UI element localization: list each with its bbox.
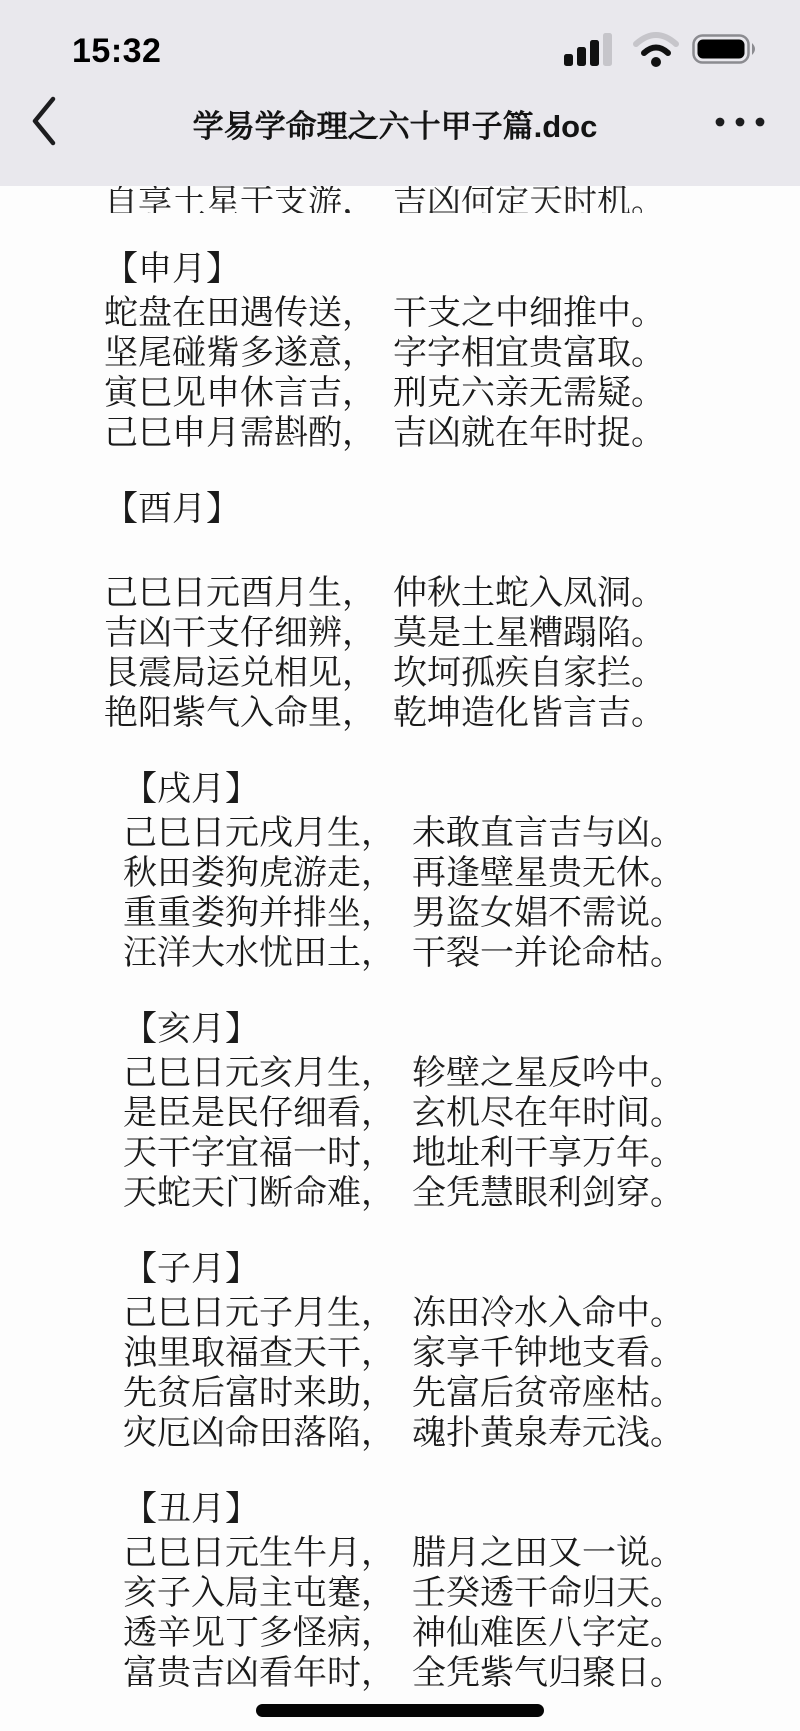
header: 15:32 — [0, 0, 800, 186]
verse-line: 艮震局运兑相见， 坎坷孤疾自家拦。 — [104, 653, 760, 693]
back-button[interactable] — [28, 94, 88, 153]
verse-line: 重重娄狗并排坐， 男盗女娼不需说。 — [123, 893, 760, 933]
verse-line: 富贵吉凶看年时， 全凭紫气归聚日。 — [123, 1653, 760, 1693]
verse-line: 蛇盘在田遇传送， 干支之中细推中。 — [104, 293, 760, 333]
section-heading: 【丑月】 — [123, 1489, 760, 1529]
verse-line: 灾厄凶命田落陷， 魂扑黄泉寿元浅。 — [123, 1413, 760, 1453]
home-indicator[interactable] — [256, 1704, 544, 1717]
verse-line: 己巳申月需斟酌， 吉凶就在年时捉。 — [104, 413, 760, 453]
verse-line: 亥子入局主屯蹇， 壬癸透干命归天。 — [123, 1573, 760, 1613]
document-page: 自享土星干支游， 吉凶何定天时机。 【申月】蛇盘在田遇传送， 干支之中细推中。坚… — [0, 186, 800, 1693]
verse-line: 浊里取福查天干， 家享千钟地支看。 — [123, 1333, 760, 1373]
verse-line: 己巳日元酉月生， 仲秋土蛇入凤洞。 — [104, 573, 760, 613]
status-time: 15:32 — [72, 32, 161, 71]
section-heading: 【子月】 — [123, 1249, 760, 1289]
section-heading: 【申月】 — [104, 249, 760, 289]
verse-line: 先贫后富时来助， 先富后贫帝座枯。 — [123, 1373, 760, 1413]
verse-line: 透辛见丁多怪病， 神仙难医八字定。 — [123, 1613, 760, 1653]
document-sections: 【申月】蛇盘在田遇传送， 干支之中细推中。坚尾碰觜多遂意， 字字相宜贵富取。寅巳… — [104, 249, 760, 1693]
verse-line: 秋田娄狗虎游走， 再逢壁星贵无休。 — [123, 853, 760, 893]
verse-line: 己巳日元亥月生， 轸壁之星反吟中。 — [123, 1053, 760, 1093]
section-heading: 【亥月】 — [123, 1009, 760, 1049]
chevron-left-icon — [28, 94, 58, 153]
more-menu-button[interactable] — [702, 115, 766, 133]
verse-section: 【申月】蛇盘在田遇传送， 干支之中细推中。坚尾碰觜多遂意， 字字相宜贵富取。寅巳… — [104, 249, 760, 453]
clipped-top-line: 自享土星干支游， 吉凶何定天时机。 — [104, 186, 760, 213]
section-heading: 【戌月】 — [123, 769, 760, 809]
verse-line: 艳阳紫气入命里， 乾坤造化皆言吉。 — [104, 693, 760, 733]
wifi-icon — [632, 31, 680, 72]
verse-line: 汪洋大水忧田土， 干裂一并论命枯。 — [123, 933, 760, 973]
verse-line: 是臣是民仔细看， 玄机尽在年时间。 — [123, 1093, 760, 1133]
verse-section: 【丑月】己巳日元生牛月， 腊月之田又一说。亥子入局主屯蹇， 壬癸透干命归天。透辛… — [104, 1489, 760, 1693]
verse-line: 己巳日元生牛月， 腊月之田又一说。 — [123, 1533, 760, 1573]
verse-line: 坚尾碰觜多遂意， 字字相宜贵富取。 — [104, 333, 760, 373]
section-heading: 【酉月】 — [104, 489, 760, 529]
ellipsis-icon — [714, 115, 766, 133]
document-viewport[interactable]: 自享土星干支游， 吉凶何定天时机。 【申月】蛇盘在田遇传送， 干支之中细推中。坚… — [0, 186, 800, 1731]
verse-section: 【亥月】己巳日元亥月生， 轸壁之星反吟中。是臣是民仔细看， 玄机尽在年时间。天干… — [104, 1009, 760, 1213]
verse-line: 寅巳见申休言吉， 刑克六亲无需疑。 — [104, 373, 760, 413]
verse-line: 己巳日元子月生， 冻田冷水入命中。 — [123, 1293, 760, 1333]
verse-section: 【酉月】己巳日元酉月生， 仲秋土蛇入凤洞。吉凶干支仔细辨， 莫是土星糟蹋陷。艮震… — [104, 489, 760, 733]
status-bar: 15:32 — [0, 0, 800, 76]
document-title: 学易学命理之六十甲子篇.doc — [88, 101, 702, 146]
verse-line: 天蛇天门断命难， 全凭慧眼利剑穿。 — [123, 1173, 760, 1213]
cellular-signal-icon — [564, 32, 620, 71]
phone-screen: 15:32 — [0, 0, 800, 1731]
verse-line: 吉凶干支仔细辨， 莫是土星糟蹋陷。 — [104, 613, 760, 653]
verse-section: 【子月】己巳日元子月生， 冻田冷水入命中。浊里取福查天干， 家享千钟地支看。先贫… — [104, 1249, 760, 1453]
verse-section: 【戌月】己巳日元戌月生， 未敢直言吉与凶。秋田娄狗虎游走， 再逢壁星贵无休。重重… — [104, 769, 760, 973]
verse-line: 天干字宜福一时， 地址利干享万年。 — [123, 1133, 760, 1173]
nav-bar: 学易学命理之六十甲子篇.doc — [0, 76, 800, 153]
verse-line: 己巳日元戌月生， 未敢直言吉与凶。 — [123, 813, 760, 853]
status-icons — [564, 31, 760, 72]
battery-icon — [692, 32, 760, 71]
